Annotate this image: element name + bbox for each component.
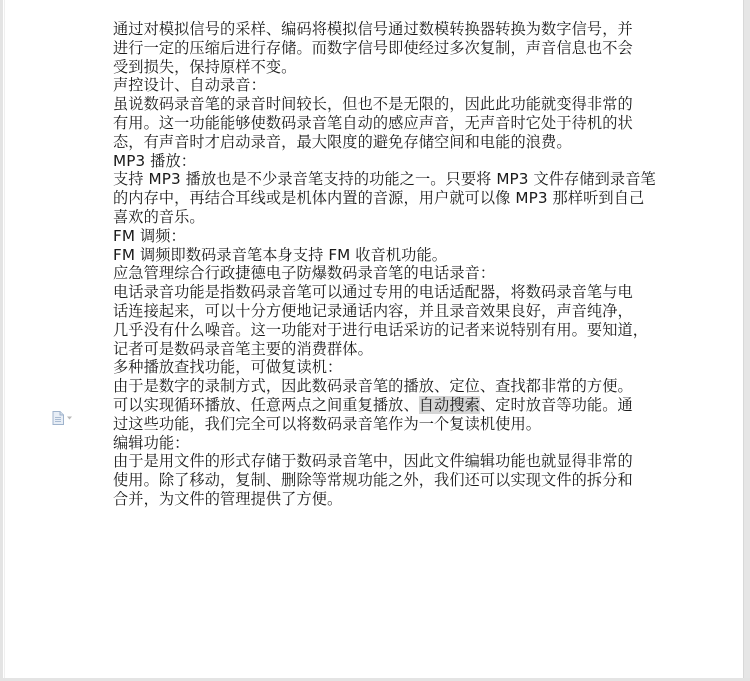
document-body: 通过对模拟信号的采样、编码将模拟信号通过数模转换器转换为数字信号，并 进行一定的… [113, 20, 635, 509]
text-line: 通过对模拟信号的采样、编码将模拟信号通过数模转换器转换为数字信号，并 [113, 20, 635, 39]
chevron-down-icon [67, 416, 72, 420]
text-line: 过这些功能，我们完全可以将数码录音笔作为一个复读机使用。 [113, 415, 635, 434]
text-line: 记者可是数码录音笔主要的消费群体。 [113, 340, 635, 359]
section-heading: 多种播放查找功能，可做复读机： [113, 358, 635, 377]
text-line: 合并，为文件的管理提供了方便。 [113, 490, 635, 509]
text-line: 由于是数字的录制方式，因此数码录音笔的播放、定位、查找都非常的方便。 [113, 377, 635, 396]
highlighted-text[interactable]: 自动搜索 [419, 396, 480, 414]
text-line: 有用。这一功能能够使数码录音笔自动的感应声音，无声音时它处于待机的状 [113, 114, 635, 133]
page-border-left-inner [4, 0, 5, 678]
text-segment: 、定时放音等功能。通 [480, 396, 633, 414]
section-heading: FM 调频： [113, 227, 635, 246]
section-heading: MP3 播放： [113, 152, 635, 171]
text-line: 使用。除了移动，复制、删除等常规功能之外，我们还可以实现文件的拆分和 [113, 471, 635, 490]
section-heading: 应急管理综合行政捷德电子防爆数码录音笔的电话录音： [113, 264, 635, 283]
text-segment: 可以实现循环播放、任意两点之间重复播放、 [113, 396, 419, 414]
section-heading: 编辑功能： [113, 434, 635, 453]
text-line: 虽说数码录音笔的录音时间较长，但也不是无限的，因此此功能就变得非常的 [113, 95, 635, 114]
text-line: 进行一定的压缩后进行存储。而数字信号即使经过多次复制，声音信息也不会 [113, 39, 635, 58]
page-border-left [0, 0, 3, 681]
text-line: 几乎没有什么噪音。这一功能对于进行电话采访的记者来说特别有用。要知道， [113, 321, 635, 340]
text-line: 电话录音功能是指数码录音笔可以通过专用的电话适配器，将数码录音笔与电 [113, 283, 635, 302]
document-icon [52, 411, 64, 425]
text-line: 态，有声音时才启动录音，最大限度的避免存储空间和电能的浪费。 [113, 133, 635, 152]
section-heading: 声控设计、自动录音： [113, 76, 635, 95]
text-line: 受到损失，保持原样不变。 [113, 58, 635, 77]
text-line-with-highlight: 可以实现循环播放、任意两点之间重复播放、自动搜索、定时放音等功能。通 [113, 396, 635, 415]
text-line: 支持 MP3 播放也是不少录音笔支持的功能之一。只要将 MP3 文件存储到录音笔 [113, 170, 635, 189]
text-line: 的内存中，再结合耳线或是机体内置的音源，用户就可以像 MP3 那样听到自己 [113, 189, 635, 208]
paragraph-options-button[interactable] [52, 411, 80, 425]
page-border-right [744, 0, 750, 681]
text-line: 由于是用文件的形式存储于数码录音笔中，因此文件编辑功能也就显得非常的 [113, 452, 635, 471]
text-line: 话连接起来，可以十分方便地记录通话内容，并且录音效果良好，声音纯净， [113, 302, 635, 321]
text-line: FM 调频即数码录音笔本身支持 FM 收音机功能。 [113, 246, 635, 265]
text-line: 喜欢的音乐。 [113, 208, 635, 227]
